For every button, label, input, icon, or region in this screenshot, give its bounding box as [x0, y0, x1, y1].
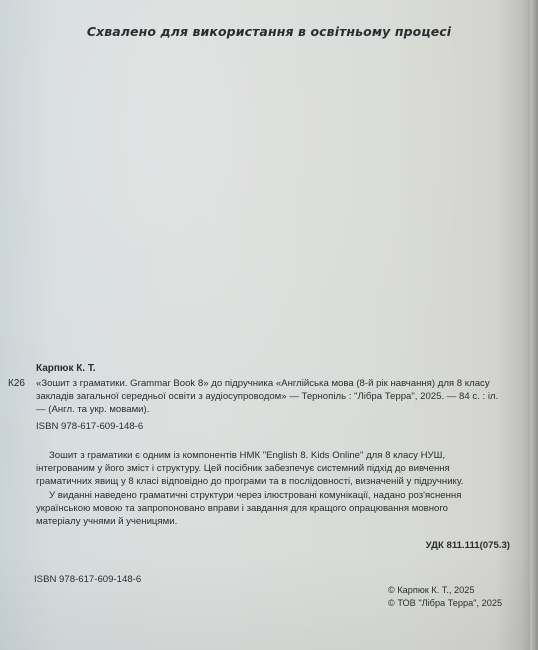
footer-isbn: ISBN 978-617-609-148-6: [34, 574, 141, 585]
copyright-publisher: © ТОВ "Лібра Терра", 2025: [388, 597, 502, 610]
annotation-line: інтегрованим у його зміст і структуру. Ц…: [36, 462, 516, 475]
annotation-line: українською мовою та запропоновано вправ…: [36, 502, 516, 515]
catalog-code: К26: [8, 378, 25, 389]
annotation: Зошит з граматики є одним із компонентів…: [36, 449, 516, 528]
approval-note: Схвалено для використання в освітньому п…: [0, 24, 538, 39]
catalog-isbn: ISBN 978-617-609-148-6: [36, 421, 143, 432]
udk-code: УДК 811.111(075.3): [426, 540, 510, 551]
annotation-line: граматичних явищ у 8 класі відповідно до…: [36, 475, 516, 488]
annotation-line: У виданні наведено граматичні структури …: [36, 489, 516, 502]
catalog-author: Карпюк К. Т.: [36, 363, 96, 374]
catalog-description-line: «Зошит з граматики. Grammar Book 8» до п…: [36, 377, 516, 390]
annotation-line: Зошит з граматики є одним із компонентів…: [36, 449, 516, 462]
imprint-page: Схвалено для використання в освітньому п…: [0, 0, 538, 650]
annotation-line: матеріалу учнями й ученицями.: [36, 515, 516, 528]
catalog-description: «Зошит з граматики. Grammar Book 8» до п…: [36, 377, 516, 416]
copyright-block: © Карпюк К. Т., 2025 © ТОВ "Лібра Терра"…: [388, 584, 502, 610]
catalog-description-line: — (Англ. та укр. мовами).: [36, 403, 516, 416]
copyright-author: © Карпюк К. Т., 2025: [388, 584, 502, 597]
catalog-description-line: закладів загальної середньої освіти з ау…: [36, 390, 516, 403]
page-edge-shadow: [530, 0, 538, 650]
